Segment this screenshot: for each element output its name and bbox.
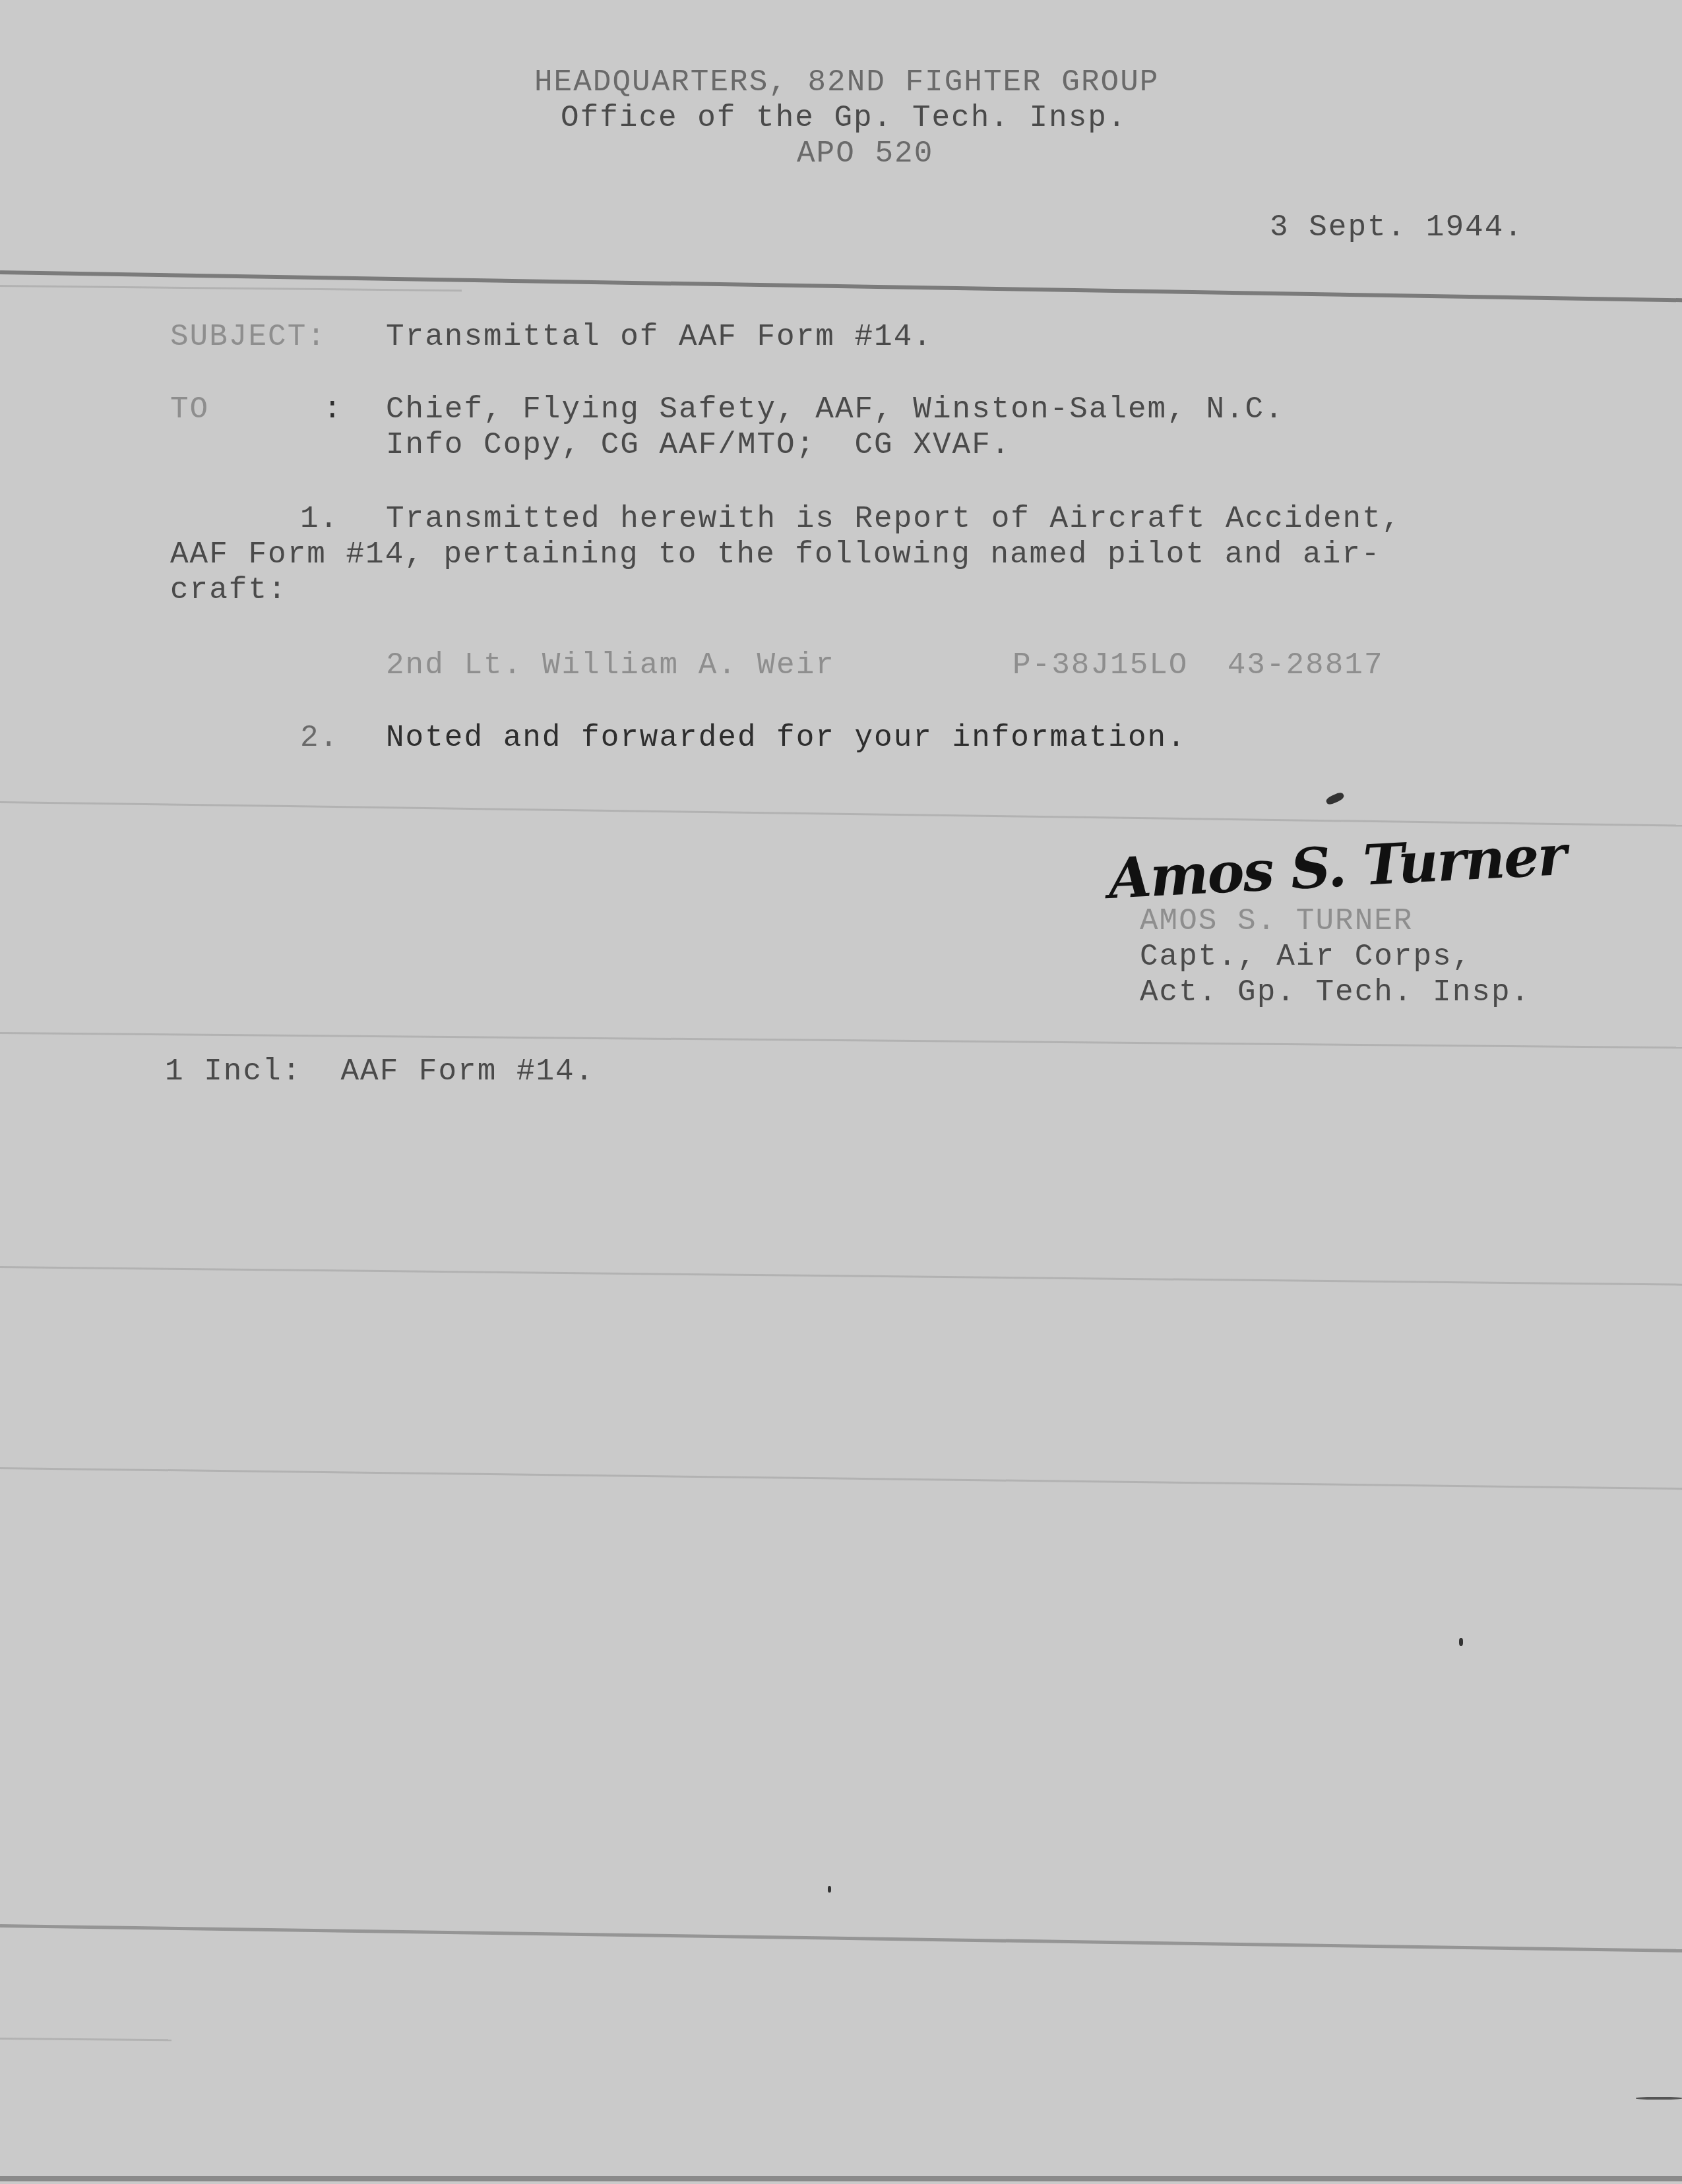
faint-rule — [0, 285, 462, 291]
faint-rule — [0, 801, 1682, 827]
faint-rule — [0, 1266, 1682, 1286]
scan-speck — [1636, 2097, 1682, 2100]
enclosure-note: 1 Incl: AAF Form #14. — [165, 1054, 594, 1089]
to-colon: : — [323, 392, 343, 427]
header-divider — [0, 270, 1682, 303]
lower-rule — [0, 1924, 1682, 1953]
subject-label: SUBJECT: — [170, 319, 327, 355]
letterhead-office: Office of the Gp. Tech. Insp. — [561, 100, 1127, 136]
letterhead-apo: APO 520 — [797, 136, 933, 171]
to-label: TO — [170, 392, 209, 427]
paragraph-1-line-1: Transmitted herewith is Report of Aircra… — [386, 501, 1401, 537]
paragraph-1-line-3: craft: — [170, 572, 288, 608]
ink-mark — [1325, 791, 1345, 806]
faint-rule — [0, 1032, 1682, 1049]
to-info-copy: Info Copy, CG AAF/MTO; CG XVAF. — [386, 427, 1011, 463]
signatory-rank: Capt., Air Corps, — [1140, 939, 1472, 975]
scan-speck — [828, 1886, 831, 1893]
faint-rule — [0, 1467, 1682, 1490]
to-recipient: Chief, Flying Safety, AAF, Winston-Salem… — [386, 392, 1284, 427]
paragraph-2-text: Noted and forwarded for your information… — [386, 720, 1187, 756]
document-date: 3 Sept. 1944. — [1270, 210, 1524, 245]
paragraph-1-line-2: AAF Form #14, pertaining to the followin… — [170, 537, 1381, 572]
aircraft-serial: P-38J15LO 43-28817 — [1012, 648, 1384, 683]
pilot-name: 2nd Lt. William A. Weir — [386, 648, 835, 683]
memo-page: HEADQUARTERS, 82ND FIGHTER GROUP Office … — [0, 0, 1682, 2184]
signatory-title: Act. Gp. Tech. Insp. — [1140, 975, 1530, 1010]
scan-speck — [1459, 1638, 1463, 1646]
paragraph-1-number: 1. — [300, 501, 339, 537]
handwritten-signature: Amos S. Turner — [1107, 822, 1567, 911]
letterhead-unit: HEADQUARTERS, 82ND FIGHTER GROUP — [534, 65, 1159, 100]
paragraph-2-number: 2. — [300, 720, 339, 756]
subject-value: Transmittal of AAF Form #14. — [386, 319, 933, 355]
signatory-name: AMOS S. TURNER — [1140, 903, 1413, 939]
faint-rule — [0, 2038, 171, 2041]
bottom-edge — [0, 2176, 1682, 2181]
